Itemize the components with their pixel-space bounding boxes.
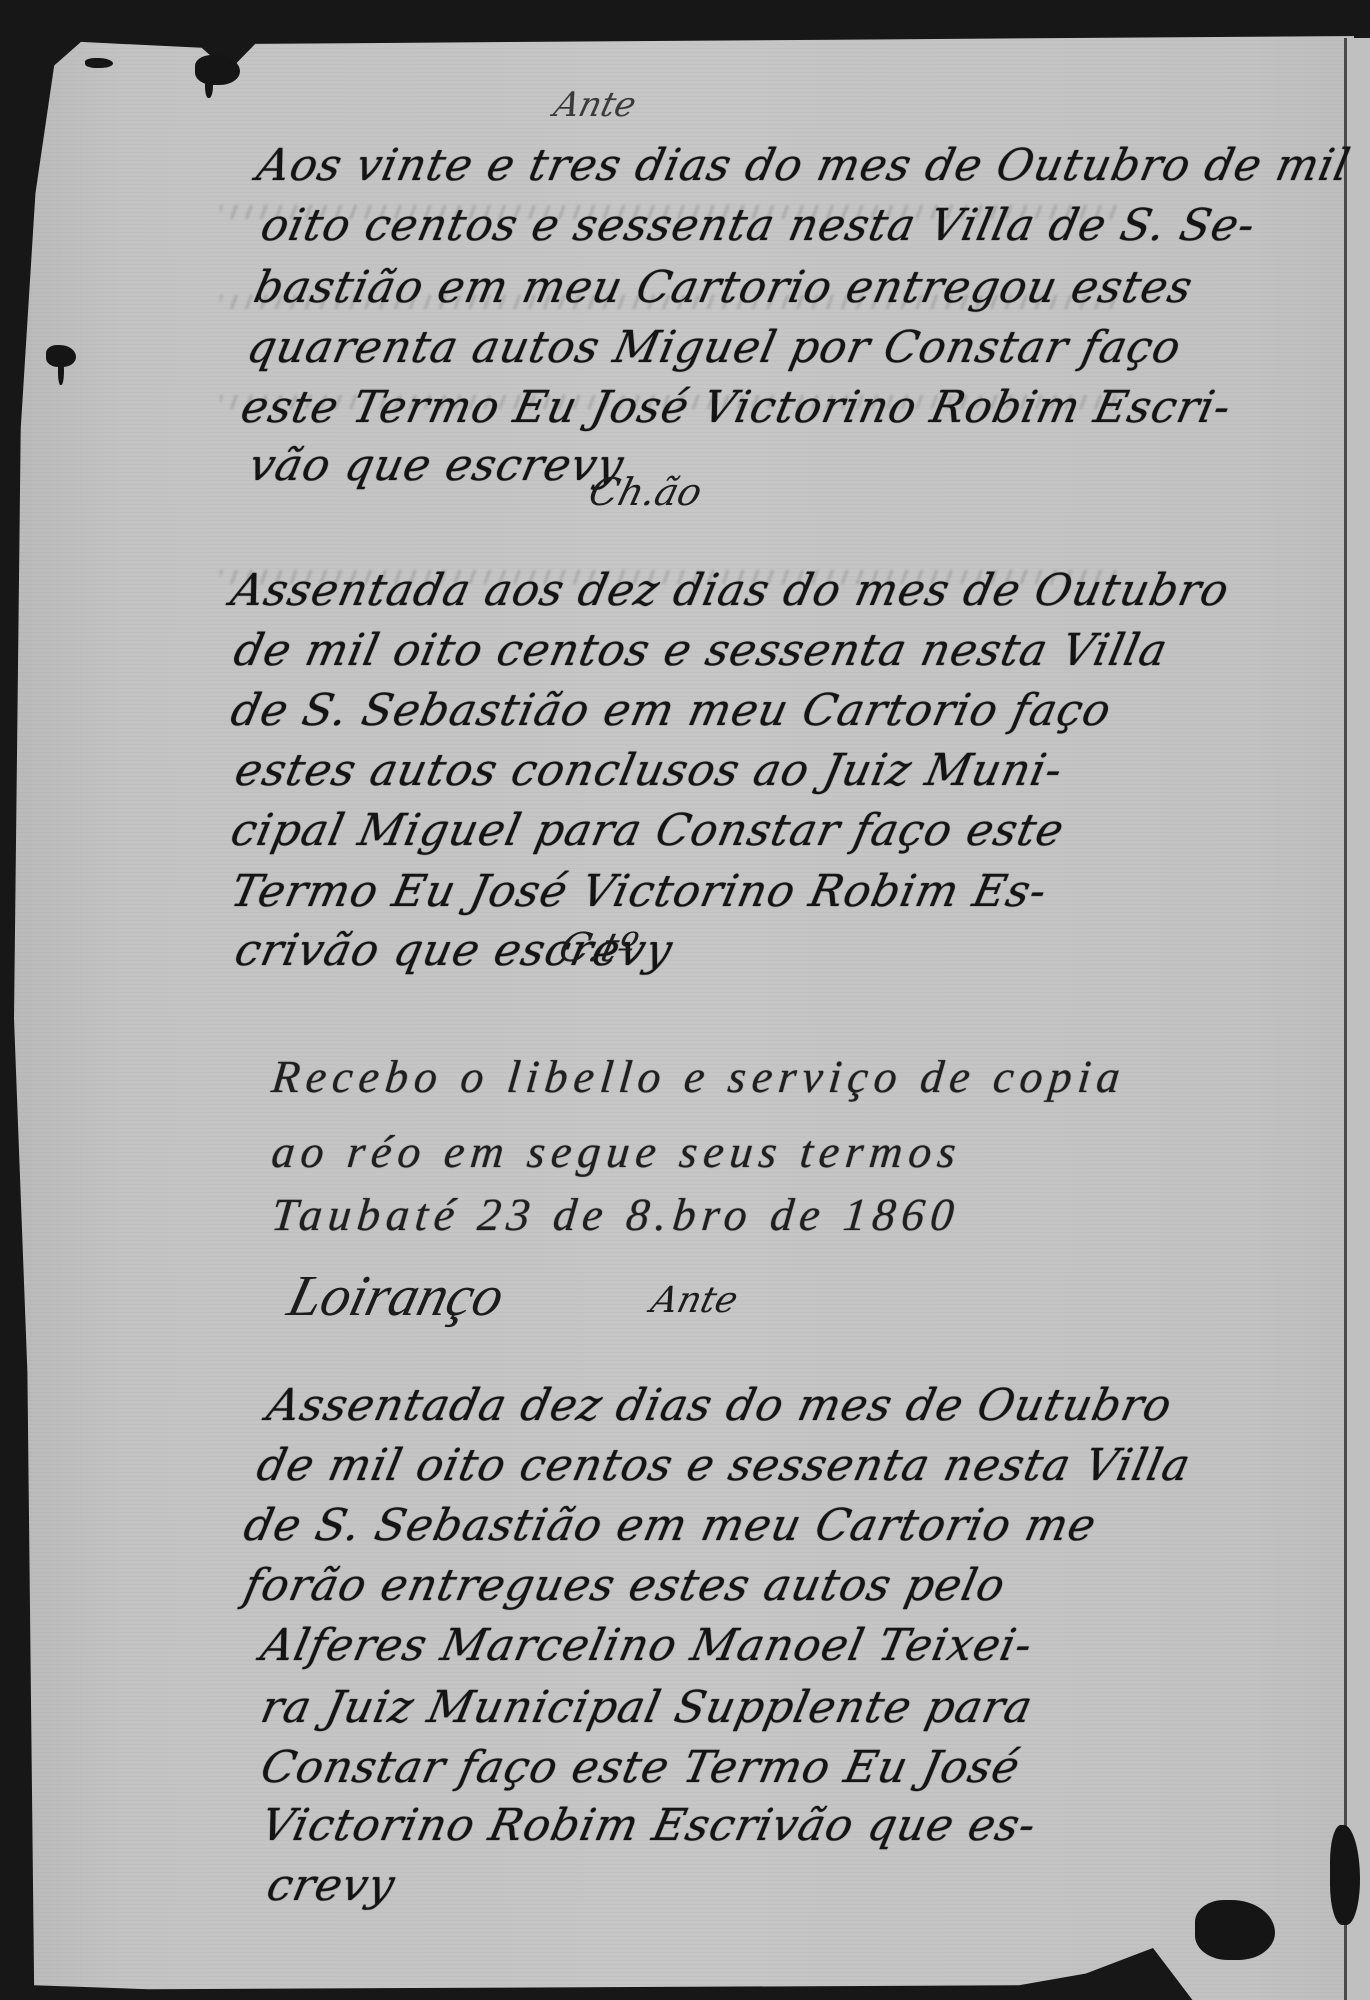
text-line: Victorino Robim Escrivão que es- [257,1800,1041,1851]
ink-blot [58,355,64,385]
ink-blot [195,55,240,85]
text-line: bastião em meu Cartorio entregou estes [250,262,1198,313]
text-line: Termo Eu José Victorino Robim Es- [227,866,1052,917]
clerk-rubric: Ch.ão [585,470,707,514]
text-line: ao réo em segue seus termos [269,1125,964,1178]
text-line: Alferes Marcelino Manoel Teixei- [257,1620,1038,1671]
page-fold-line [1344,38,1347,2000]
text-line: ra Juiz Municipal Supplente para [257,1682,1038,1733]
text-line: Recebo o libello e serviço de copia [269,1050,1128,1103]
text-line: oito centos e sessenta nesta Villa de S.… [257,200,1260,251]
text-line: Assentada dez dias do mes de Outubro [263,1380,1177,1431]
clerk-rubric: C.tº [554,925,642,971]
text-line: quarenta autos Miguel por Constar faço [243,322,1186,373]
ink-blot [85,58,113,68]
text-line: vão que escrevy [245,440,629,491]
ink-blot [205,70,213,98]
adjacent-page-edge [1347,38,1370,2000]
text-line: de mil oito centos e sessenta nesta Vill… [253,1440,1196,1491]
text-line: crevy [263,1860,400,1911]
text-line: Constar faço este Termo Eu José [257,1742,1025,1793]
text-line: Assentada aos dez dias do mes de Outubro [227,565,1234,616]
text-line: forão entregues estes autos pelo [240,1560,1011,1611]
judge-signature: Loiranço [282,1262,511,1329]
text-line: este Termo Eu José Victorino Robim Escri… [237,382,1236,433]
text-line: Aos vinte e tres dias do mes de Outubro … [253,140,1355,191]
text-line: estes autos conclusos ao Juiz Muni- [231,745,1068,796]
text-line: de S. Sebastião em meu Cartorio faço [227,685,1116,736]
text-line: Taubaté 23 de 8.bro de 1860 [269,1188,962,1241]
text-line: de S. Sebastião em meu Cartorio me [240,1500,1101,1551]
text-line: de mil oito centos e sessenta nesta Vill… [230,625,1173,676]
signature-suffix: Ante [647,1280,742,1321]
text-line: cipal Miguel para Constar faço este [227,805,1069,856]
page-heading: Ante [550,85,640,125]
